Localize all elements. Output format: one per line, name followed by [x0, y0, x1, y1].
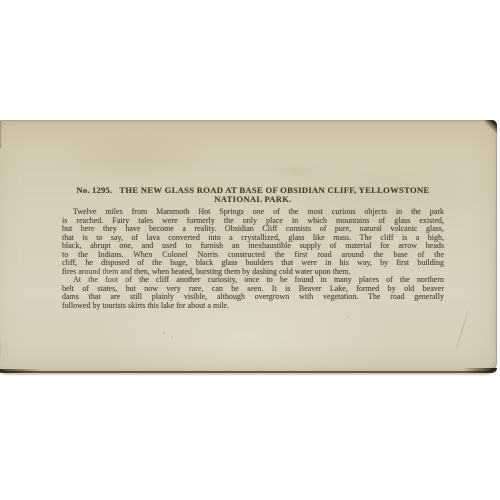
- bottom-right-corner-shadow: [463, 368, 497, 373]
- crease-line: [456, 308, 470, 350]
- body-line: Twelve miles from Mammoth Hot Springs on…: [62, 208, 444, 217]
- card-title-line-2: NATIONAL PARK.: [62, 195, 444, 204]
- bottom-left-corner-shadow: [0, 369, 41, 373]
- body-line: cliff, he disposed of the huge, black gl…: [62, 259, 444, 268]
- body-line: to the Indians. When Colonel Norris cons…: [62, 251, 444, 260]
- printed-text-block: No. 1295.THE NEW GLASS ROAD AT BASE OF O…: [62, 185, 444, 310]
- body-line: followed by tourists skirts this lake fo…: [62, 302, 444, 311]
- top-right-corner-shadow: [485, 120, 497, 133]
- stereoview-card-back: No. 1295.THE NEW GLASS ROAD AT BASE OF O…: [0, 120, 497, 373]
- body-line: that is to say, of lava converted into a…: [62, 234, 444, 243]
- body-line: belt of states, but now very rare, can b…: [62, 285, 444, 294]
- body-line: black, abrupt one, and used to furnish a…: [62, 242, 444, 251]
- left-edge-stain: [0, 120, 2, 148]
- body-line: fires around them and then, when heated,…: [62, 268, 444, 277]
- body-line: At the foot of the cliff another curiosi…: [62, 276, 444, 285]
- body-line: but here they have become a reality. Obs…: [62, 225, 444, 234]
- scan-background: No. 1295.THE NEW GLASS ROAD AT BASE OF O…: [0, 0, 500, 500]
- body-line: dams that are still plainly visible, alt…: [62, 293, 444, 302]
- catalog-number: No. 1295.: [76, 185, 112, 195]
- left-edge-stain-lower: [0, 340, 1, 357]
- card-description: Twelve miles from Mammoth Hot Springs on…: [62, 208, 444, 310]
- body-line: is reached. Fairy tales were formerly th…: [62, 217, 444, 226]
